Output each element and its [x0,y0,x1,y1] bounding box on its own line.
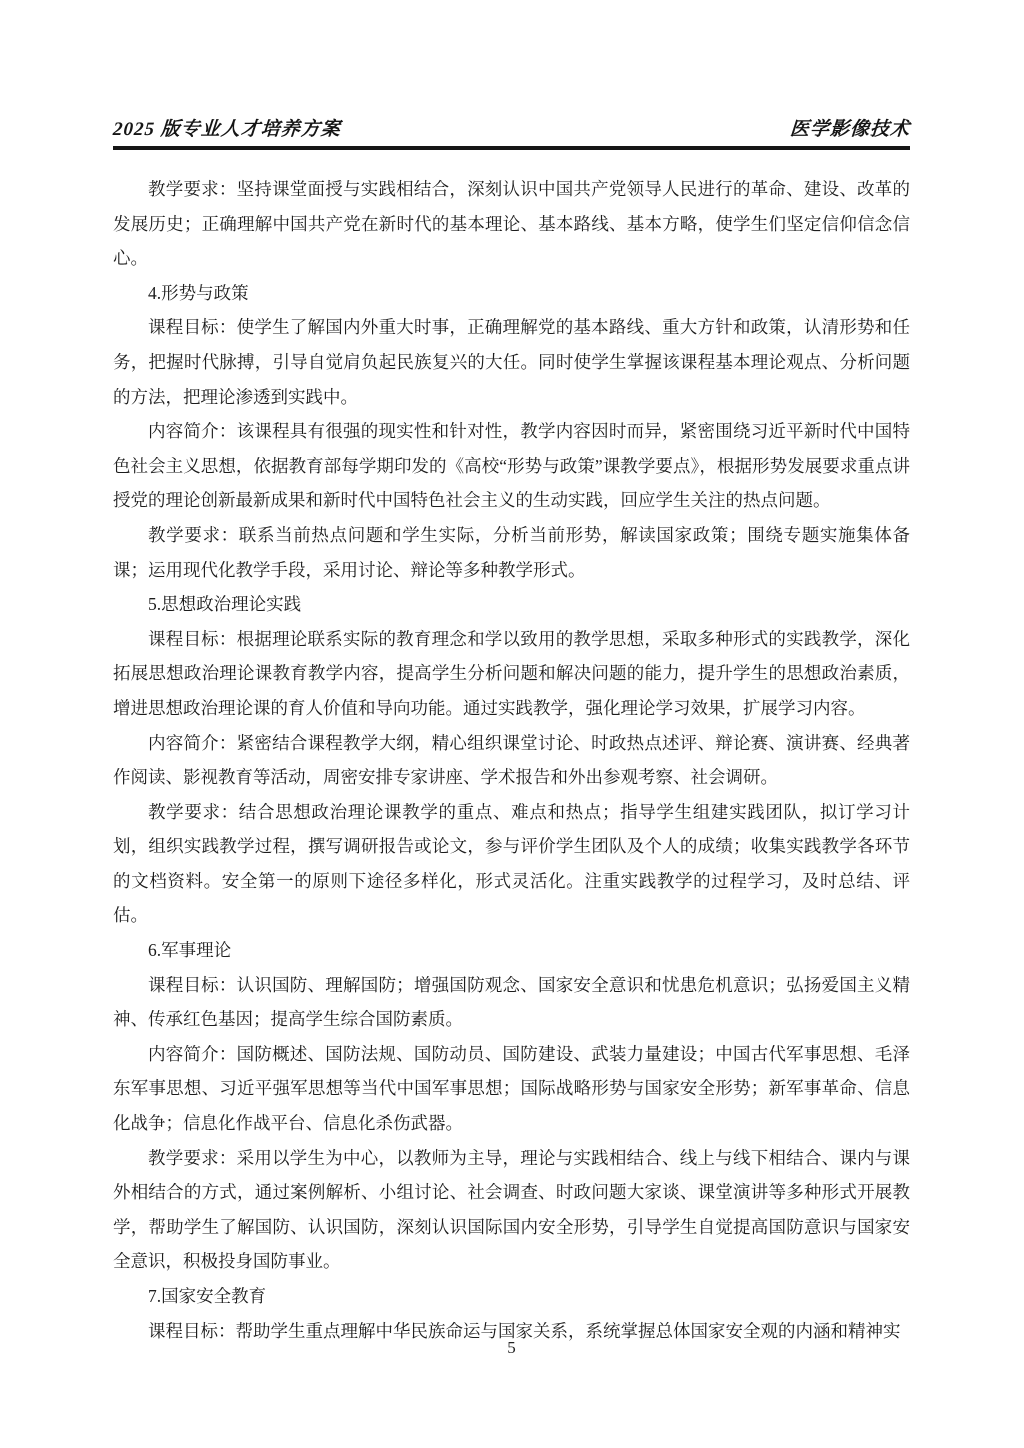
body-paragraph: 内容简介：该课程具有很强的现实性和针对性，教学内容因时而异，紧密围绕习近平新时代… [113,414,910,518]
page-number: 5 [507,1338,516,1357]
body-paragraph: 课程目标：根据理论联系实际的教育理念和学以致用的教学思想，采取多种形式的实践教学… [113,622,910,726]
body-paragraph: 教学要求：坚持课堂面授与实践相结合，深刻认识中国共产党领导人民进行的革命、建设、… [113,172,910,276]
document-body: 教学要求：坚持课堂面授与实践相结合，深刻认识中国共产党领导人民进行的革命、建设、… [113,172,910,1348]
body-paragraph: 教学要求：采用以学生为中心，以教师为主导，理论与实践相结合、线上与线下相结合、课… [113,1141,910,1279]
body-paragraph: 内容简介：紧密结合课程教学大纲，精心组织课堂讨论、时政热点述评、辩论赛、演讲赛、… [113,726,910,795]
header-right-title: 医学影像技术 [789,118,911,142]
section-heading: 6.军事理论 [113,933,910,968]
section-heading: 7.国家安全教育 [113,1279,910,1314]
section-heading: 4.形势与政策 [113,276,910,311]
body-paragraph: 教学要求：联系当前热点问题和学生实际，分析当前形势，解读国家政策；围绕专题实施集… [113,518,910,587]
body-paragraph: 教学要求：结合思想政治理论课教学的重点、难点和热点；指导学生组建实践团队，拟订学… [113,795,910,933]
header-divider-rule [113,146,910,150]
section-heading: 5.思想政治理论实践 [113,587,910,622]
body-paragraph: 内容简介：国防概述、国防法规、国防动员、国防建设、武装力量建设；中国古代军事思想… [113,1037,910,1141]
page-header: 2025 版专业人才培养方案 医学影像技术 [113,118,910,142]
document-page: 2025 版专业人才培养方案 医学影像技术 教学要求：坚持课堂面授与实践相结合，… [113,0,910,1448]
page-footer: 5 [113,1338,910,1358]
header-left-title: 2025 版专业人才培养方案 [112,118,341,142]
body-paragraph: 课程目标：使学生了解国内外重大时事，正确理解党的基本路线、重大方针和政策，认清形… [113,310,910,414]
body-paragraph: 课程目标：认识国防、理解国防；增强国防观念、国家安全意识和忧患危机意识；弘扬爱国… [113,968,910,1037]
